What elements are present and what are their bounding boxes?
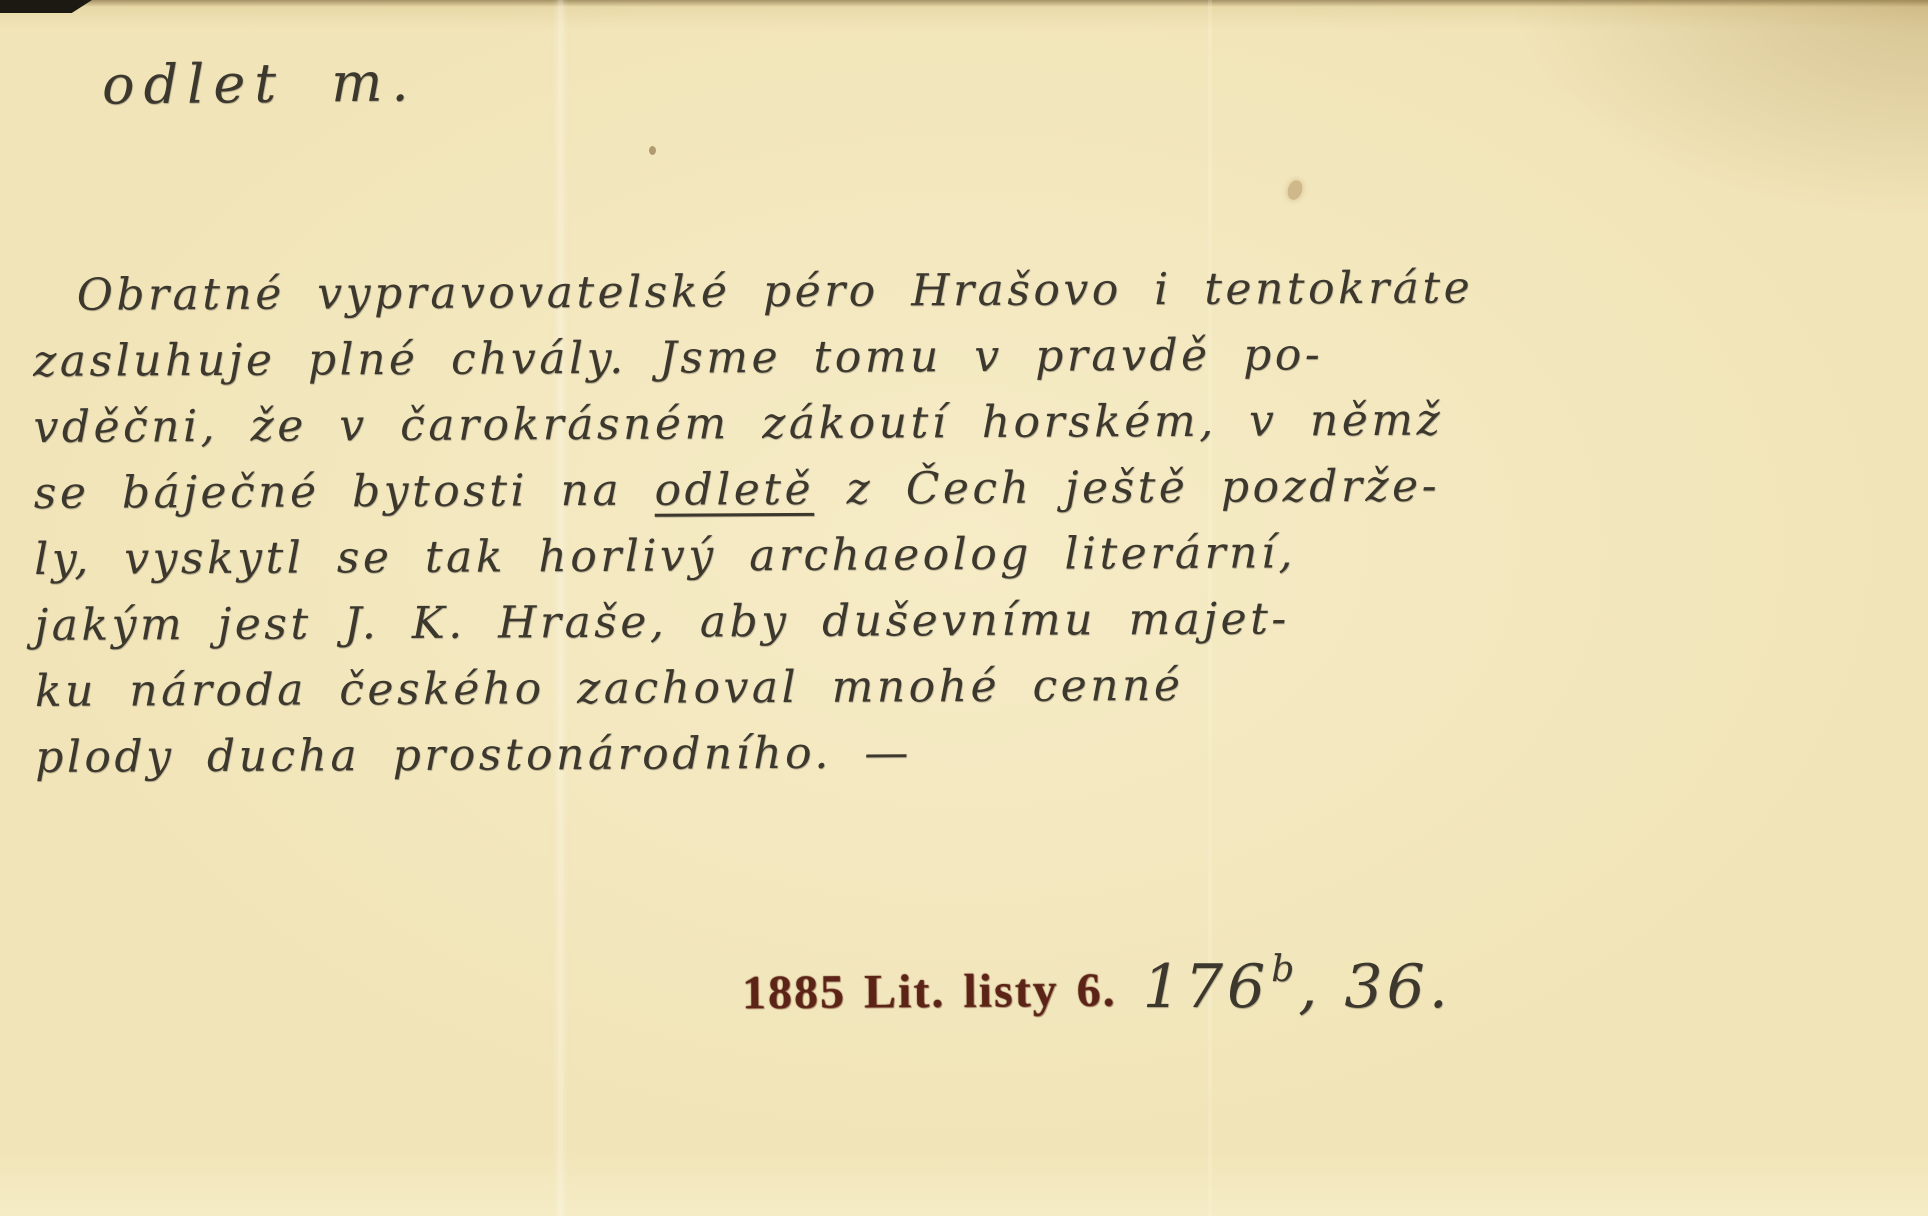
page-reference: 176b, 36. — [1143, 952, 1452, 1022]
headword: odlet m. — [102, 50, 418, 116]
paper-fleck — [649, 146, 656, 155]
citation-row: 1885 Lit. listy 6. 176b, 36. — [742, 952, 1452, 1022]
paper-stain — [1285, 178, 1304, 201]
page-superscript: b — [1271, 949, 1298, 990]
body-line: vděčni, že v čarokrásném zákoutí horském… — [33, 385, 1921, 461]
body-line-segment: z Čech ještě pozdrže- — [814, 461, 1440, 515]
body-line: se báječné bytosti na odletě z Čech ješt… — [34, 451, 1922, 527]
page-number: 176 — [1143, 952, 1270, 1022]
body-line: zasluhuje plné chvály. Jsme tomu v pravd… — [33, 319, 1921, 395]
body-line: ku národa českého zachoval mnohé cenné — [35, 649, 1923, 725]
paper-corner-shading — [1508, 0, 1928, 220]
body-line: ly, vyskytl se tak horlivý archaeolog li… — [34, 517, 1922, 593]
body-line-segment: se báječné bytosti na — [34, 465, 655, 519]
excerpt-card: odlet m. Obratné vypravovatelské péro Hr… — [0, 0, 1928, 1216]
excerpt-body: Obratné vypravovatelské péro Hrašovo i t… — [33, 253, 1924, 791]
scan-corner-artifact — [0, 0, 92, 13]
underlined-headword-occurrence: odletě — [654, 464, 814, 516]
page-suffix: , 36. — [1298, 952, 1452, 1022]
body-line: Obratné vypravovatelské péro Hrašovo i t… — [33, 253, 1921, 329]
body-line: jakým jest J. K. Hraše, aby duševnímu ma… — [34, 583, 1922, 659]
body-line: plody ducha prostonárodního. — — [35, 715, 1923, 791]
date-source-stamp: 1885 Lit. listy 6. — [742, 963, 1117, 1021]
